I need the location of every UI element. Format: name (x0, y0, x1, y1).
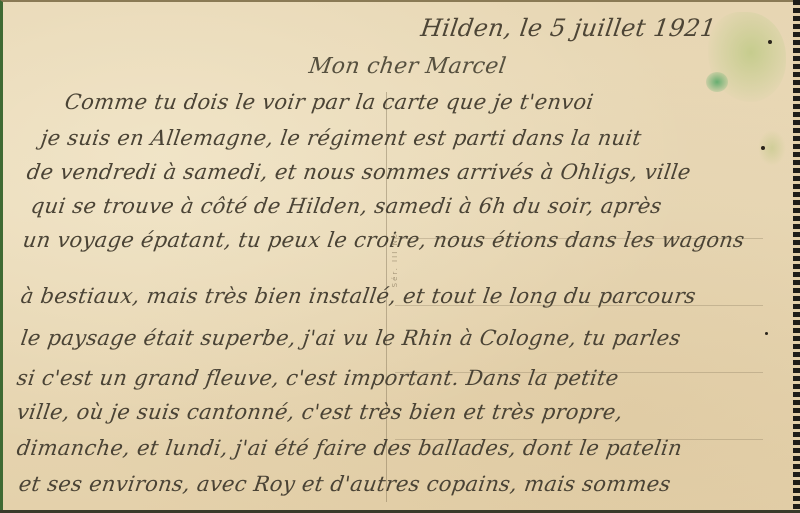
place-date: Hilden, le 5 juillet 1921 (419, 14, 718, 42)
letter-line: je suis en Allemagne, le régiment est pa… (39, 126, 643, 150)
perforated-edge (793, 0, 800, 513)
ink-spot (765, 332, 768, 335)
letter-line: dimanche, et lundi, j'ai été faire des b… (15, 436, 683, 460)
salutation: Mon cher Marcel (307, 54, 508, 79)
postcard-back: Sér. III No Hilden, le 5 juillet 1921 Mo… (0, 0, 793, 510)
letter-line: le paysage était superbe, j'ai vu le Rhi… (19, 326, 682, 350)
letter-line: qui se trouve à côté de Hilden, samedi à… (29, 194, 663, 218)
letter-line: à bestiaux, mais très bien installé, et … (19, 284, 697, 308)
green-stain-spot (706, 72, 728, 92)
ink-spot (761, 146, 765, 150)
letter-line: de vendredi à samedi, et nous sommes arr… (25, 160, 692, 184)
letter-line: et ses environs, avec Roy et d'autres co… (17, 472, 672, 496)
letter-line: Comme tu dois le voir par la carte que j… (63, 90, 595, 114)
letter-line: un voyage épatant, tu peux le croire, no… (21, 228, 746, 252)
letter-line: ville, où je suis cantonné, c'est très b… (15, 400, 624, 424)
ink-spot (768, 40, 772, 44)
letter-line: si c'est un grand fleuve, c'est importan… (15, 366, 620, 390)
